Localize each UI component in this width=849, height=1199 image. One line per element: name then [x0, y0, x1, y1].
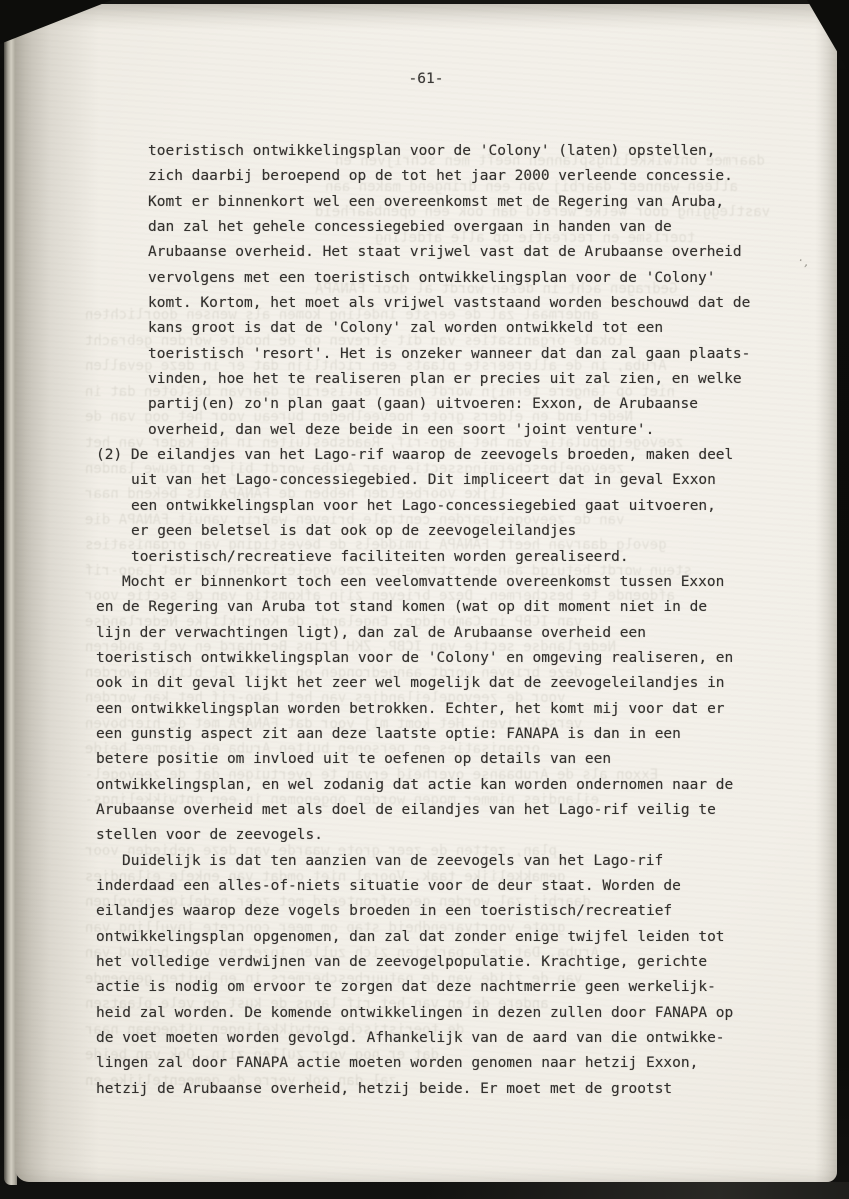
text-line: een gunstig aspect zit aan deze laatste …	[96, 722, 768, 747]
text-line: vervolgens met een toeristisch ontwikkel…	[96, 266, 768, 291]
text-line: vinden, hoe het te realiseren plan er pr…	[96, 367, 768, 392]
text-line: heid zal worden. De komende ontwikkeling…	[96, 1001, 768, 1026]
text-line: Duidelijk is dat ten aanzien van de zeev…	[96, 849, 768, 874]
text-line: eilandjes waarop deze vogels broeden in …	[96, 899, 768, 924]
text-line: zich daarbij beroepend op de tot het jaa…	[96, 164, 768, 189]
text-line: de voet moeten worden gevolgd. Afhankeli…	[96, 1026, 768, 1051]
text-block-3: Mocht er binnenkort toch een veelomvatte…	[96, 570, 768, 849]
text-line: Mocht er binnenkort toch een veelomvatte…	[96, 570, 768, 595]
text-line: Komt er binnenkort wel een overeenkomst …	[96, 190, 768, 215]
text-line: hetzij de Arubaanse overheid, hetzij bei…	[96, 1077, 768, 1102]
text-line: toeristisch/recreatieve faciliteiten wor…	[96, 545, 768, 570]
text-line: komt. Kortom, het moet als vrijwel vasts…	[96, 291, 768, 316]
text-line: stellen voor de zeevogels.	[96, 823, 768, 848]
text-line: lingen zal door FANAPA actie moeten word…	[96, 1051, 768, 1076]
text-line: actie is nodig om ervoor te zorgen dat d…	[96, 975, 768, 1000]
text-line: en de Regering van Aruba tot stand komen…	[96, 595, 768, 620]
scanner-bottom-smudge	[419, 1182, 849, 1199]
book-scan: { "colors":{ "background":"#0d0d0b", "pa…	[0, 0, 849, 1199]
text-line: ontwikkelingsplan, en wel zodanig dat ac…	[96, 773, 768, 798]
text-line: Arubaanse overheid met als doel de eilan…	[96, 798, 768, 823]
text-line: overheid, dan wel deze beide in een soor…	[96, 418, 768, 443]
text-line: partij(en) zo'n plan gaat (gaan) uitvoer…	[96, 392, 768, 417]
typewritten-text-body: toeristisch ontwikkelingsplan voor de 'C…	[96, 139, 768, 1102]
scanned-book-photo: daarmee ontwikkelingsplannen heeft men s…	[0, 0, 849, 1199]
text-line: Arubaanse overheid. Het staat vrijwel va…	[96, 240, 768, 265]
text-line: betere positie om invloed uit te oefenen…	[96, 747, 768, 772]
document-page: daarmee ontwikkelingsplannen heeft men s…	[15, 4, 837, 1182]
text-line: kans groot is dat de 'Colony' zal worden…	[96, 316, 768, 341]
text-line: inderdaad een alles-of-niets situatie vo…	[96, 874, 768, 899]
text-line: ontwikkelingsplan opgenomen, dan zal dat…	[96, 925, 768, 950]
text-block-4: Duidelijk is dat ten aanzien van de zeev…	[96, 849, 768, 1102]
text-line: toeristisch ontwikkelingsplan voor de 'C…	[96, 139, 768, 164]
text-line: dan zal het gehele concessiegebied overg…	[96, 215, 768, 240]
text-line: ook in dit geval lijkt het zeer wel moge…	[96, 671, 768, 696]
text-line: een ontwikkelingsplan voor het Lago-conc…	[96, 494, 768, 519]
text-line: toeristisch ontwikkelingsplan voor de 'C…	[96, 646, 768, 671]
text-line: (2) De eilandjes van het Lago-rif waarop…	[96, 443, 768, 468]
page-number: -61-	[15, 70, 837, 88]
text-line: toeristisch 'resort'. Het is onzeker wan…	[96, 342, 768, 367]
text-line: lijn der verwachtingen ligt), dan zal de…	[96, 621, 768, 646]
text-line: het volledige verdwijnen van de zeevogel…	[96, 950, 768, 975]
text-block-2: (2) De eilandjes van het Lago-rif waarop…	[96, 443, 768, 570]
text-line: er geen beletsel is dat ook op de zeevog…	[96, 519, 768, 544]
text-line: uit van het Lago-concessiegebied. Dit im…	[96, 468, 768, 493]
text-block-1: toeristisch ontwikkelingsplan voor de 'C…	[96, 139, 768, 443]
text-line: een ontwikkelingsplan worden betrokken. …	[96, 697, 768, 722]
